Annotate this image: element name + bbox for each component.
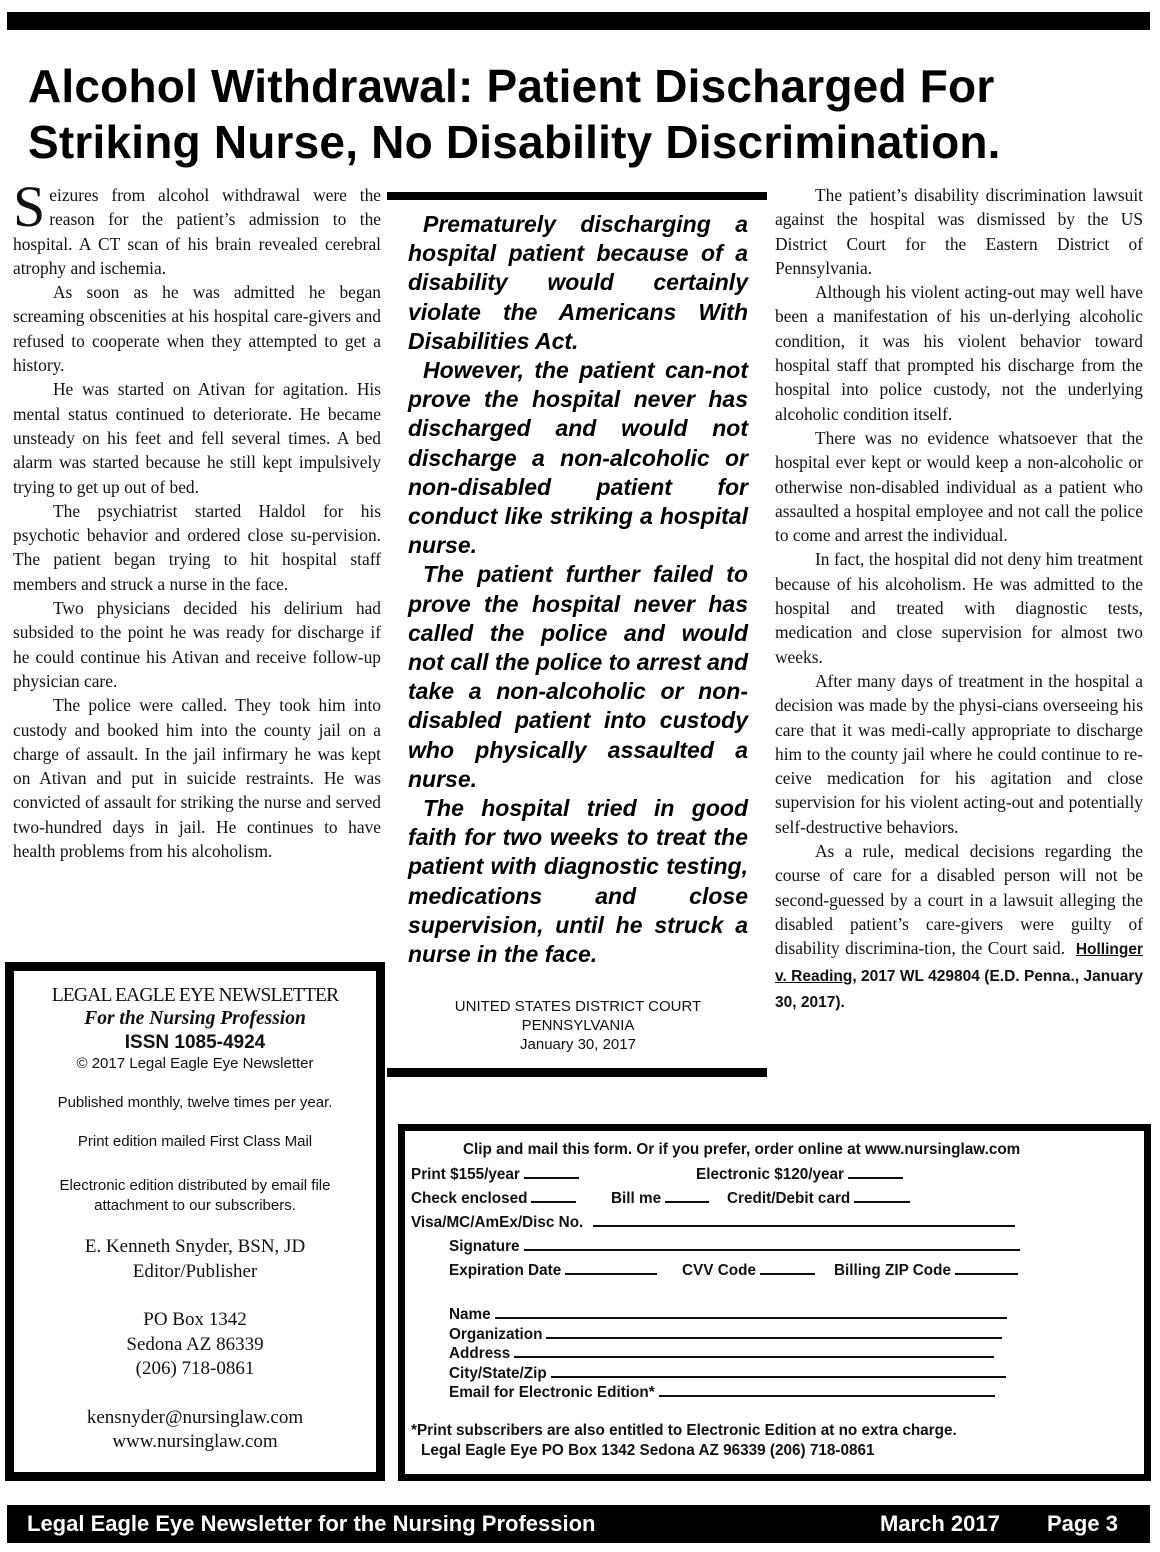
newsletter-title: LEGAL EAGLE EYE NEWSLETTER xyxy=(14,985,376,1007)
footer-page-number: Page 3 xyxy=(1047,1505,1118,1543)
name-blank[interactable] xyxy=(495,1305,1007,1319)
pullquote: Prematurely discharging a hospital patie… xyxy=(408,210,748,969)
order-form-header: Clip and mail this form. Or if you prefe… xyxy=(463,1141,1020,1159)
pullquote-paragraph: Prematurely discharging a hospital patie… xyxy=(408,210,748,356)
pullquote-paragraph: The hospital tried in good faith for two… xyxy=(408,794,748,969)
phone: (206) 718-0861 xyxy=(14,1357,376,1382)
issn: ISSN 1085-4924 xyxy=(14,1031,376,1054)
paragraph: The psychiatrist started Haldol for his … xyxy=(13,499,381,596)
address-field[interactable]: Address xyxy=(449,1344,994,1363)
right-article-column: The patient’s disability discrimination … xyxy=(775,183,1143,1015)
editor-name: E. Kenneth Snyder, BSN, JD xyxy=(14,1235,376,1260)
paragraph: After many days of treatment in the hosp… xyxy=(775,669,1143,839)
pullquote-bottom-rule xyxy=(387,1068,767,1077)
card-number-field[interactable]: Visa/MC/AmEx/Disc No. xyxy=(411,1213,1015,1232)
paragraph: In fact, the hospital did not deny him t… xyxy=(775,547,1143,668)
court-attribution: UNITED STATES DISTRICT COURT PENNSYLVANI… xyxy=(408,997,748,1054)
paragraph: The police were called. They took him in… xyxy=(13,693,381,863)
cvv-blank[interactable] xyxy=(760,1261,815,1275)
paragraph: Although his violent acting-out may well… xyxy=(775,280,1143,426)
editor-title: Editor/Publisher xyxy=(14,1260,376,1285)
card-number-blank[interactable] xyxy=(593,1213,1015,1227)
electronic-note-2: attachment to our subscribers. xyxy=(14,1196,376,1216)
bill-me-blank[interactable] xyxy=(665,1189,709,1203)
headline-line-2: Striking Nurse, No Disability Discrimina… xyxy=(28,116,1001,168)
paragraph: The patient’s disability discrimination … xyxy=(775,183,1143,280)
email-blank[interactable] xyxy=(659,1383,995,1397)
masthead-box: LEGAL EAGLE EYE NEWSLETTER For the Nursi… xyxy=(5,962,385,1481)
electronic-blank[interactable] xyxy=(848,1165,903,1179)
electronic-option[interactable]: Electronic $120/year xyxy=(696,1165,903,1184)
page-footer: Legal Eagle Eye Newsletter for the Nursi… xyxy=(7,1505,1150,1543)
expiration-field[interactable]: Expiration Date xyxy=(449,1261,657,1280)
organization-field[interactable]: Organization xyxy=(449,1325,1002,1344)
zip-blank[interactable] xyxy=(955,1261,1018,1275)
signature-blank[interactable] xyxy=(524,1237,1020,1251)
electronic-note: Electronic edition distributed by email … xyxy=(14,1176,376,1196)
newsletter-subtitle: For the Nursing Profession xyxy=(14,1007,376,1031)
paragraph: As a rule, medical decisions regarding t… xyxy=(775,839,1143,1015)
expiration-blank[interactable] xyxy=(565,1261,657,1275)
paragraph: There was no evidence whatsoever that th… xyxy=(775,426,1143,547)
city-state-zip-field[interactable]: City/State/Zip xyxy=(449,1364,1006,1383)
top-rule xyxy=(7,12,1150,30)
mail-address: Legal Eagle Eye PO Box 1342 Sedona AZ 96… xyxy=(421,1442,874,1460)
city-blank[interactable] xyxy=(551,1364,1006,1378)
website-link[interactable]: www.nursinglaw.com xyxy=(14,1430,376,1455)
zip-field[interactable]: Billing ZIP Code xyxy=(834,1261,1018,1280)
copyright: © 2017 Legal Eagle Eye Newsletter xyxy=(14,1054,376,1074)
email-field[interactable]: Email for Electronic Edition* xyxy=(449,1383,995,1402)
name-field[interactable]: Name xyxy=(449,1305,1007,1324)
paragraph: Seizures from alcohol withdrawal were th… xyxy=(13,183,381,280)
footer-issue-date: March 2017 xyxy=(880,1505,1000,1543)
print-mail-note: Print edition mailed First Class Mail xyxy=(14,1132,376,1152)
credit-blank[interactable] xyxy=(854,1189,910,1203)
check-blank[interactable] xyxy=(531,1189,576,1203)
court-state: PENNSYLVANIA xyxy=(408,1016,748,1035)
address-blank[interactable] xyxy=(514,1344,994,1358)
footer-publication: Legal Eagle Eye Newsletter for the Nursi… xyxy=(27,1505,596,1543)
pullquote-paragraph: However, the patient can-not prove the h… xyxy=(408,356,748,560)
pullquote-top-rule xyxy=(387,192,767,200)
drop-cap: S xyxy=(13,185,45,229)
order-form: Clip and mail this form. Or if you prefe… xyxy=(398,1124,1151,1481)
print-option[interactable]: Print $155/year xyxy=(411,1165,579,1184)
cvv-field[interactable]: CVV Code xyxy=(682,1261,815,1280)
court-name: UNITED STATES DISTRICT COURT xyxy=(408,997,748,1016)
headline-line-1: Alcohol Withdrawal: Patient Discharged F… xyxy=(28,60,994,112)
organization-blank[interactable] xyxy=(546,1325,1002,1339)
paragraph: Two physicians decided his delirium had … xyxy=(13,596,381,693)
paragraph: He was started on Ativan for agitation. … xyxy=(13,377,381,498)
email-link[interactable]: kensnyder@nursinglaw.com xyxy=(14,1406,376,1431)
paragraph: As soon as he was admitted he began scre… xyxy=(13,280,381,377)
frequency: Published monthly, twelve times per year… xyxy=(14,1093,376,1113)
pullquote-paragraph: The patient further failed to prove the … xyxy=(408,560,748,794)
print-blank[interactable] xyxy=(524,1165,579,1179)
address-line-2: Sedona AZ 86339 xyxy=(14,1333,376,1358)
signature-field[interactable]: Signature xyxy=(449,1237,1020,1256)
address-line-1: PO Box 1342 xyxy=(14,1308,376,1333)
footnote: *Print subscribers are also entitled to … xyxy=(411,1422,957,1440)
check-option[interactable]: Check enclosed xyxy=(411,1189,576,1208)
article-headline: Alcohol Withdrawal: Patient Discharged F… xyxy=(28,58,1138,170)
court-date: January 30, 2017 xyxy=(408,1035,748,1054)
bill-me-option[interactable]: Bill me xyxy=(611,1189,709,1208)
left-article-column: Seizures from alcohol withdrawal were th… xyxy=(13,183,381,863)
credit-option[interactable]: Credit/Debit card xyxy=(727,1189,910,1208)
